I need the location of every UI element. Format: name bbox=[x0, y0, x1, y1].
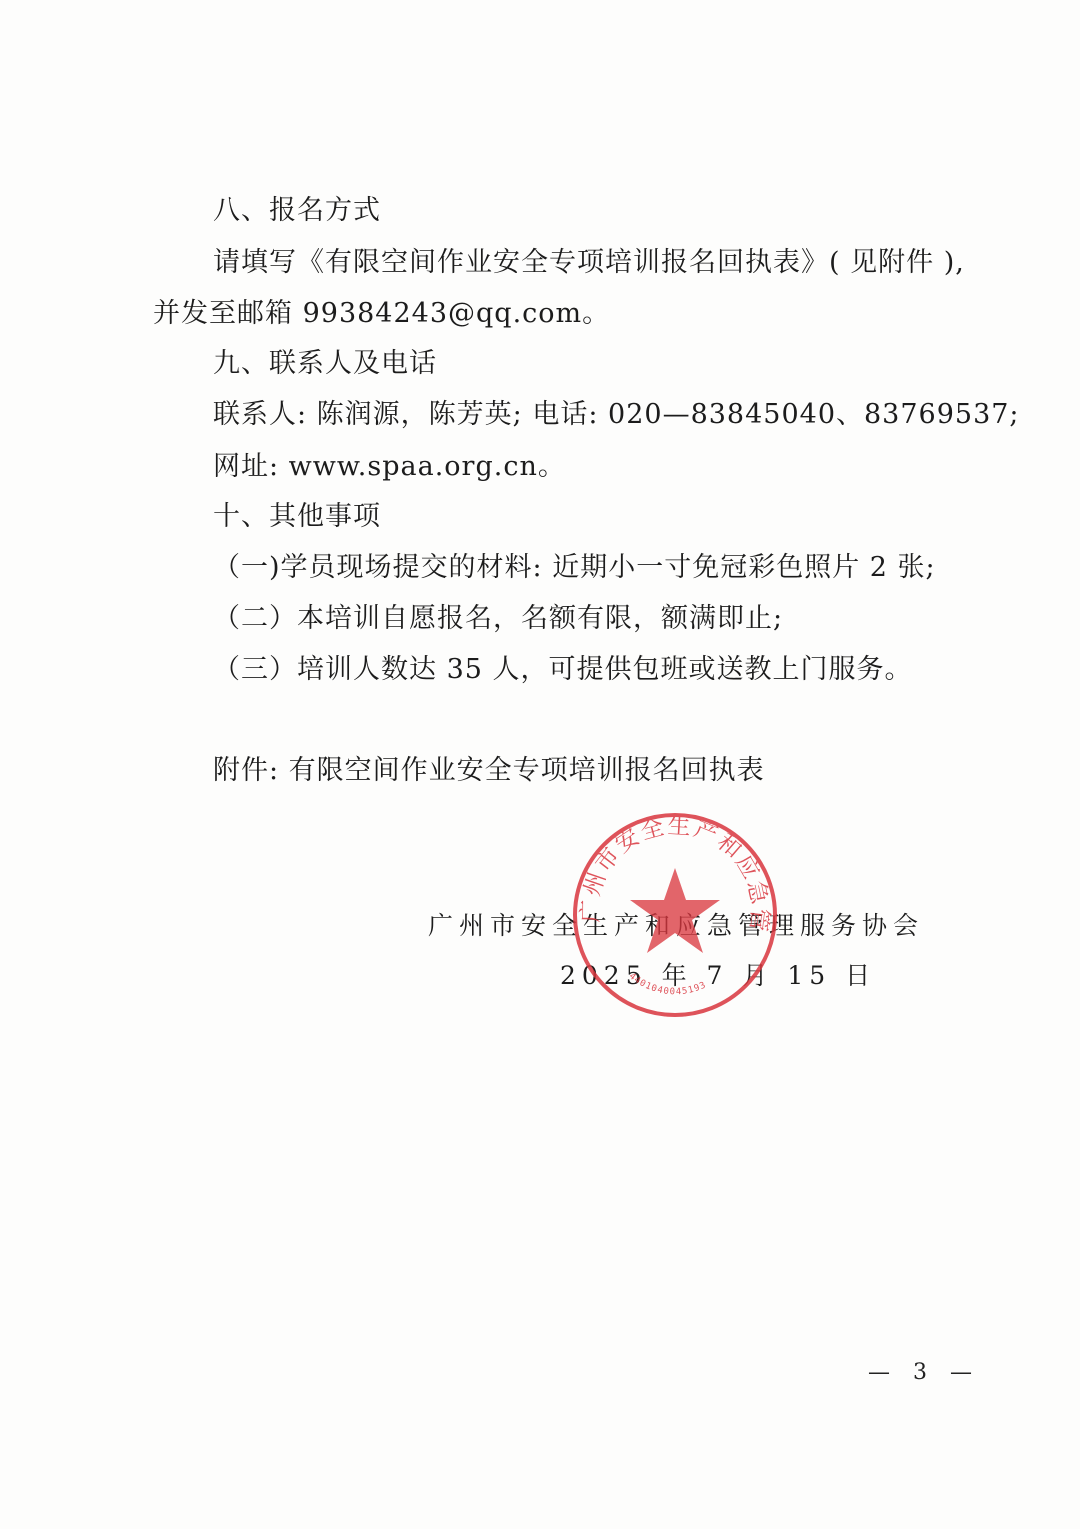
signature-organization: 广州市安全生产和应急管理服务协会 bbox=[428, 906, 924, 942]
page-number: — 3 — bbox=[868, 1360, 980, 1385]
other-matter-item-1: （一)学员现场提交的材料: 近期小一寸免冠彩色照片 2 张; bbox=[213, 551, 936, 585]
website-line: 网址: www.spaa.org.cn。 bbox=[213, 450, 566, 484]
other-matter-item-3: （三）培训人数达 35 人，可提供包班或送教上门服务。 bbox=[213, 653, 913, 687]
document-page: 八、报名方式 请填写《有限空间作业安全专项培训报名回执表》( 见附件 ), 并发… bbox=[0, 0, 1080, 1529]
section-heading-contacts: 九、联系人及电话 bbox=[213, 347, 437, 381]
signature-date: 2025 年 7 月 15 日 bbox=[560, 956, 876, 992]
registration-instruction-line-2: 并发至邮箱 99384243@qq.com。 bbox=[153, 297, 610, 331]
section-heading-other-matters: 十、其他事项 bbox=[213, 500, 381, 534]
registration-instruction-line-1: 请填写《有限空间作业安全专项培训报名回执表》( 见附件 ), bbox=[213, 246, 965, 280]
contact-persons-line: 联系人: 陈润源，陈芳英; 电话: 020—83845040、83769537; bbox=[213, 398, 1020, 432]
other-matter-item-2: （二）本培训自愿报名，名额有限，额满即止; bbox=[213, 602, 783, 636]
section-heading-registration: 八、报名方式 bbox=[213, 194, 381, 228]
attachment-line: 附件: 有限空间作业安全专项培训报名回执表 bbox=[213, 754, 765, 788]
